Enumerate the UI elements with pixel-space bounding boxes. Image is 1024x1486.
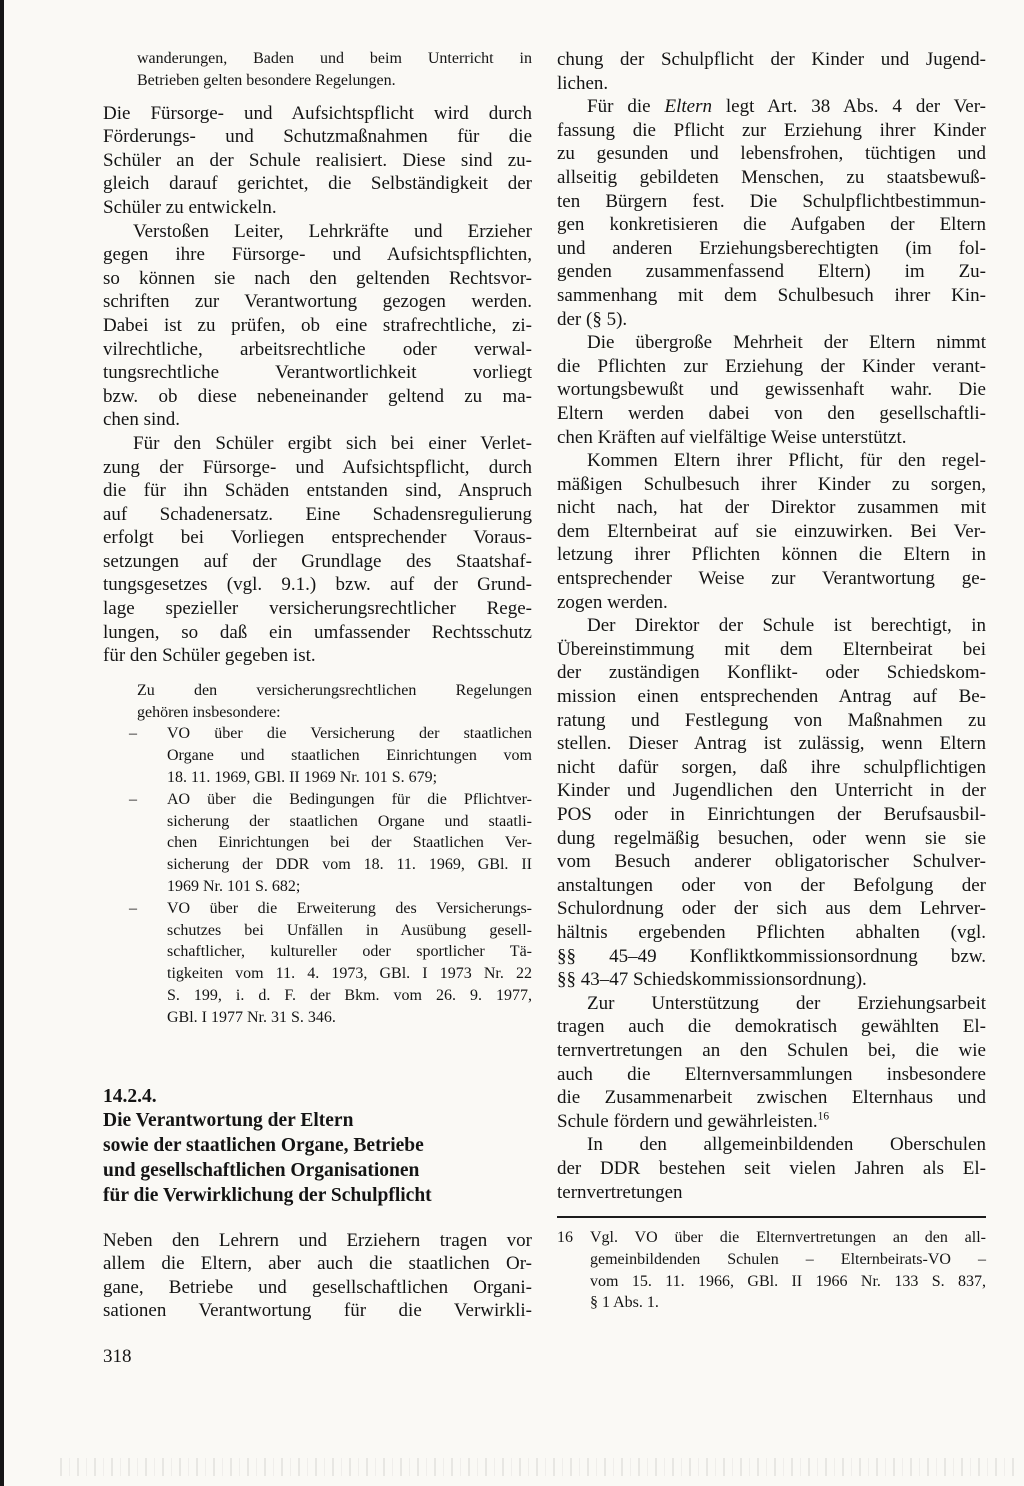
paragraph: Die Fürsorge- und Aufsichtspflicht wird …: [103, 102, 532, 220]
text-line: ratung und Festlegung von Maßnahmen zu: [557, 709, 986, 733]
text-line: zu gesunden und lebensfrohen, tüchtigen …: [557, 142, 986, 166]
text-line: vom Besuch anderer obligatorischer Schul…: [557, 850, 986, 874]
text-line: POS oder in Einrichtungen der Berufsausb…: [557, 803, 986, 827]
text-line: gemeinbildenden Schulen – Elternbeirats-…: [590, 1249, 986, 1271]
text-line: wanderungen, Baden und beim Unterricht i…: [137, 48, 532, 70]
text-line: Zur Unterstützung der Erziehungsarbeit: [557, 992, 986, 1016]
text-line: gehören insbesondere:: [137, 702, 532, 724]
text-line: letzung ihrer Pflichten können die Elter…: [557, 543, 986, 567]
text-line: tragen auch die demokratisch gewählten E…: [557, 1015, 986, 1039]
text-line: chung der Schulpflicht der Kinder und Ju…: [557, 48, 986, 72]
right-column: chung der Schulpflicht der Kinder und Ju…: [557, 48, 986, 1314]
text-line: sowie der staatlichen Organe, Betriebe: [103, 1134, 532, 1159]
text-line: setzungen auf der Grundlage des Staatsha…: [103, 550, 532, 574]
paragraph: Verstoßen Leiter, Lehrkräfte und Erziehe…: [103, 220, 532, 432]
paragraph: In den allgemeinbildenden Oberschulender…: [557, 1133, 986, 1204]
text-line: Schulordnung oder der sich aus dem Lehrv…: [557, 897, 986, 921]
text-line: für den Schüler gegeben ist.: [103, 644, 532, 668]
paragraph: Der Direktor der Schule ist berechtigt, …: [557, 614, 986, 992]
text-line: Zu den versicherungsrechtlichen Regelung…: [137, 680, 532, 702]
list-dash: –: [129, 723, 137, 745]
text-line: und gesellschaftlichen Organisationen: [103, 1159, 532, 1184]
text-line: chen Kräften auf vielfältige Weise unter…: [557, 426, 986, 450]
text-line: lungen, so daß ein umfassender Rechtssch…: [103, 621, 532, 645]
text-line: gen konkretisieren die Aufgaben der Elte…: [557, 213, 986, 237]
text-line: chen Einrichtungen bei der Staatlichen V…: [167, 832, 532, 854]
scan-edge-artifact-left: [0, 0, 4, 1486]
text-line: nicht dafür sorgen, daß ihre schulpflich…: [557, 756, 986, 780]
text-line: sicherung der DDR vom 18. 11. 1969, GBl.…: [167, 854, 532, 876]
text-line: der DDR bestehen seit vielen Jahren als …: [557, 1157, 986, 1181]
text-line: Der Direktor der Schule ist berechtigt, …: [557, 614, 986, 638]
text-line: entsprechender Weise zur Verantwortung g…: [557, 567, 986, 591]
text-line: nicht nach, hat der Direktor zusammen mi…: [557, 496, 986, 520]
text-line: die für ihn Schäden entstanden sind, Ans…: [103, 479, 532, 503]
paragraph: Für die Eltern legt Art. 38 Abs. 4 der V…: [557, 95, 986, 331]
text-line: der zuständigen Konflikt- oder Schiedsko…: [557, 661, 986, 685]
text-line: für die Verwirklichung der Schulpflicht: [103, 1184, 532, 1209]
text-line: schutzes bei Unfällen in Ausübung gesell…: [167, 920, 532, 942]
text-line: allem die Eltern, aber auch die staatlic…: [103, 1252, 532, 1276]
text-line: so können sie nach den geltenden Rechtsv…: [103, 267, 532, 291]
text-line: mission einen entsprechenden Antrag auf …: [557, 685, 986, 709]
text-line: Die Fürsorge- und Aufsichtspflicht wird …: [103, 102, 532, 126]
page-number: 318: [103, 1345, 532, 1369]
left-column: wanderungen, Baden und beim Unterricht i…: [103, 48, 532, 1369]
text-line: die Zusammenarbeit zwischen Elternhaus u…: [557, 1086, 986, 1110]
footnote: 16Vgl. VO über die Elternvertretungen an…: [557, 1227, 986, 1314]
text-line: gegen ihre Fürsorge- und Aufsichtspflich…: [103, 243, 532, 267]
text-line: tungsrechtliche Verantwortlichkeit vorli…: [103, 361, 532, 385]
text-line: Die übergroße Mehrheit der Eltern nimmt: [557, 331, 986, 355]
text-line: sationen Verantwortung für die Verwirkli…: [103, 1299, 532, 1323]
paragraph: chung der Schulpflicht der Kinder und Ju…: [557, 48, 986, 95]
text-line: lage spezieller versicherungsrechtlicher…: [103, 597, 532, 621]
text-line: Für die Eltern legt Art. 38 Abs. 4 der V…: [557, 95, 986, 119]
text-line: Für den Schüler ergibt sich bei einer Ve…: [103, 432, 532, 456]
text-line: vom 15. 11. 1966, GBl. II 1966 Nr. 133 S…: [590, 1271, 986, 1293]
paragraph: Kommen Eltern ihrer Pflicht, für den reg…: [557, 449, 986, 614]
text-line: die Pflichten zur Erziehung der Kinder v…: [557, 355, 986, 379]
paragraph: Neben den Lehrern und Erziehern tragen v…: [103, 1229, 532, 1323]
text-line: Eltern werden dabei von den gesellschaft…: [557, 402, 986, 426]
text-line: sicherung der staatlichen Organe und sta…: [167, 811, 532, 833]
text-line: 18. 11. 1969, GBl. II 1969 Nr. 101 S. 67…: [167, 767, 532, 789]
book-page: wanderungen, Baden und beim Unterricht i…: [0, 0, 1024, 1486]
footnote-number: 16: [557, 1227, 573, 1249]
paragraph: Die übergroße Mehrheit der Eltern nimmtd…: [557, 331, 986, 449]
text-line: 14.2.4.: [103, 1085, 532, 1110]
text-line: Schüler zu entwickeln.: [103, 196, 532, 220]
footnote-rule: [557, 1216, 986, 1218]
text-line: zogen werden.: [557, 591, 986, 615]
scan-artifact-bottom: [60, 1458, 1016, 1476]
text-line: ten Bürgern fest. Die Schulpflichtbestim…: [557, 190, 986, 214]
text-line: erfolgt bei Vorliegen entsprechender Vor…: [103, 526, 532, 550]
text-line: VO über die Versicherung der staatlichen: [167, 723, 532, 745]
regulation-list-item: –VO über die Erweiterung des Versicherun…: [137, 898, 532, 1029]
text-line: S. 199, i. d. F. der Bkm. vom 26. 9. 197…: [167, 985, 532, 1007]
text-line: genden zusammenfassend Eltern) im Zu-: [557, 260, 986, 284]
text-line: auf Schadenersatz. Eine Schadensregulier…: [103, 503, 532, 527]
small-print-paragraph: Zu den versicherungsrechtlichen Regelung…: [137, 680, 532, 724]
text-line: dung regelmäßig besuchen, oder wenn sie …: [557, 827, 986, 851]
regulation-list-item: –AO über die Bedingungen für die Pflicht…: [137, 789, 532, 898]
regulation-list-item: –VO über die Versicherung der staatliche…: [137, 723, 532, 788]
text-line: §§ 43–47 Schiedskommissionsordnung).: [557, 968, 986, 992]
text-line: Übereinstimmung mit dem Elternbeirat bei: [557, 638, 986, 662]
text-line: sammenhang mit dem Schulbesuch ihrer Kin…: [557, 284, 986, 308]
text-line: zung der Fürsorge- und Aufsichtspflicht,…: [103, 456, 532, 480]
text-line: Betrieben gelten besondere Regelungen.: [137, 70, 532, 92]
text-line: Die Verantwortung der Eltern: [103, 1109, 532, 1134]
text-line: schriften zur Verantwortung gezogen werd…: [103, 290, 532, 314]
text-line: stellen. Dieser Antrag ist zulässig, wen…: [557, 732, 986, 756]
text-line: auch die Elternversammlungen insbesonder…: [557, 1063, 986, 1087]
text-line: 1969 Nr. 101 S. 682;: [167, 876, 532, 898]
text-line: Schule fördern und gewährleisten.16: [557, 1110, 986, 1134]
text-line: Dabei ist zu prüfen, ob eine strafrechtl…: [103, 314, 532, 338]
text-line: GBl. I 1977 Nr. 31 S. 346.: [167, 1007, 532, 1029]
text-line: Kommen Eltern ihrer Pflicht, für den reg…: [557, 449, 986, 473]
section-heading: 14.2.4.Die Verantwortung der Elternsowie…: [103, 1085, 532, 1209]
small-print-paragraph: wanderungen, Baden und beim Unterricht i…: [137, 48, 532, 92]
text-line: dem Elternbeirat auf sie einzuwirken. Be…: [557, 520, 986, 544]
text-line: bzw. ob diese nebeneinander geltend zu m…: [103, 385, 532, 409]
text-line: gleich darauf gerichtet, die Selbständig…: [103, 172, 532, 196]
text-line: VO über die Erweiterung des Versicherung…: [167, 898, 532, 920]
text-line: ternvertretungen: [557, 1181, 986, 1205]
text-line: schaftlicher, kultureller oder sportlich…: [167, 941, 532, 963]
text-line: tigkeiten vom 11. 4. 1973, GBl. I 1973 N…: [167, 963, 532, 985]
text-line: ternvertretungen an den Schulen bei, die…: [557, 1039, 986, 1063]
paragraph: Für den Schüler ergibt sich bei einer Ve…: [103, 432, 532, 668]
text-line: allseitig gebildeten Menschen, zu staats…: [557, 166, 986, 190]
list-dash: –: [129, 898, 137, 920]
text-line: Neben den Lehrern und Erziehern tragen v…: [103, 1229, 532, 1253]
text-line: Schüler an der Schule realisiert. Diese …: [103, 149, 532, 173]
text-line: Verstoßen Leiter, Lehrkräfte und Erziehe…: [103, 220, 532, 244]
text-line: AO über die Bedingungen für die Pflichtv…: [167, 789, 532, 811]
text-line: gane, Betriebe und gesellschaftlichen Or…: [103, 1276, 532, 1300]
text-line: Organe und staatlichen Einrichtungen vom: [167, 745, 532, 767]
text-line: Förderungs- und Schutzmaßnahmen für die: [103, 125, 532, 149]
text-line: hältnis ergebenden Pflichten abhalten (v…: [557, 921, 986, 945]
list-dash: –: [129, 789, 137, 811]
text-line: In den allgemeinbildenden Oberschulen: [557, 1133, 986, 1157]
text-line: wortungsbewußt und gewissenhaft wahr. Di…: [557, 378, 986, 402]
text-line: §§ 45–49 Konfliktkommissionsordnung bzw.: [557, 945, 986, 969]
text-line: der (§ 5).: [557, 308, 986, 332]
text-line: chen sind.: [103, 408, 532, 432]
text-line: § 1 Abs. 1.: [590, 1292, 986, 1314]
text-line: anstaltungen oder von der Befolgung der: [557, 874, 986, 898]
text-line: fassung die Pflicht zur Erziehung ihrer …: [557, 119, 986, 143]
text-line: Vgl. VO über die Elternvertretungen an d…: [590, 1227, 986, 1249]
text-line: vilrechtliche, arbeitsrechtliche oder ve…: [103, 338, 532, 362]
text-line: Kinder und Jugendlichen den Unterricht i…: [557, 779, 986, 803]
paragraph: Zur Unterstützung der Erziehungsarbeittr…: [557, 992, 986, 1134]
text-line: mäßigen Schulbesuch ihrer Kinder zu sorg…: [557, 473, 986, 497]
text-line: und anderen Erziehungsberechtigten (im f…: [557, 237, 986, 261]
text-line: lichen.: [557, 72, 986, 96]
text-line: tungsgesetzes (vgl. 9.1.) bzw. auf der G…: [103, 573, 532, 597]
